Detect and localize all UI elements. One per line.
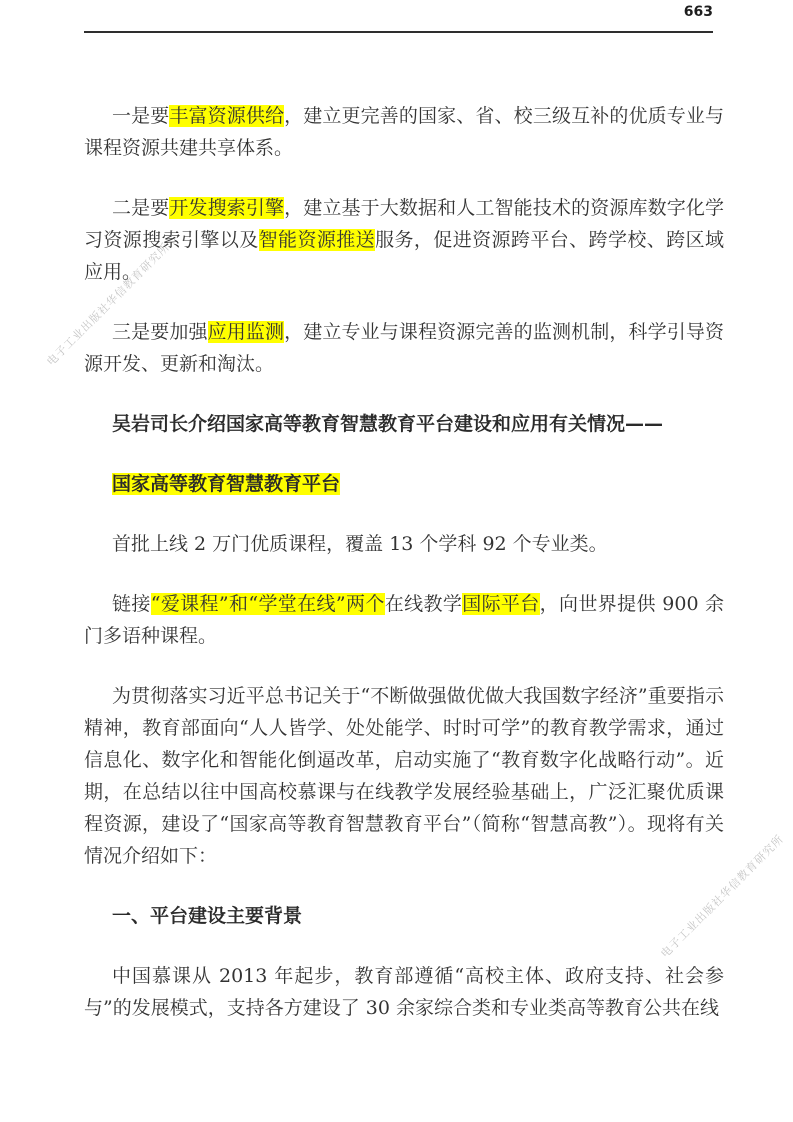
text-run: 一、平台建设主要背景 <box>112 905 302 927</box>
highlighted-text: “爱课程”和“学堂在线”两个 <box>151 593 385 615</box>
text-run: 二是要 <box>112 197 169 219</box>
paragraph-5: 国家高等教育智慧教育平台 <box>84 468 724 500</box>
highlighted-text: 国家高等教育智慧教育平台 <box>112 473 340 495</box>
text-run: 在线教学 <box>385 593 462 615</box>
paragraph-4: 吴岩司长介绍国家高等教育智慧教育平台建设和应用有关情况—— <box>84 408 724 440</box>
header-divider-rule <box>84 31 713 33</box>
text-run: 三是要加强 <box>112 321 208 343</box>
text-run: 中国慕课从 2013 年起步，教育部遵循“高校主体、政府支持、社会参与”的发展模… <box>84 965 724 1019</box>
paragraph-8: 为贯彻落实习近平总书记关于“不断做强做优做大我国数字经济”重要指示精神，教育部面… <box>84 680 724 872</box>
text-run: 一是要 <box>112 105 169 127</box>
paragraph-2: 二是要开发搜索引擎，建立基于大数据和人工智能技术的资源库数字化学习资源搜索引擎以… <box>84 192 724 288</box>
page-number: 663 <box>684 3 713 21</box>
text-run: 吴岩司长介绍国家高等教育智慧教育平台建设和应用有关情况—— <box>112 413 663 435</box>
paragraph-7: 链接“爱课程”和“学堂在线”两个在线教学国际平台，向世界提供 900 余门多语种… <box>84 588 724 652</box>
paragraph-1: 一是要丰富资源供给，建立更完善的国家、省、校三级互补的优质专业与课程资源共建共享… <box>84 100 724 164</box>
highlighted-text: 丰富资源供给 <box>169 105 284 127</box>
highlighted-text: 国际平台 <box>462 593 539 615</box>
highlighted-text: 智能资源推送 <box>259 229 375 251</box>
highlighted-text: 开发搜索引擎 <box>169 197 284 219</box>
highlighted-text: 应用监测 <box>208 321 285 343</box>
paragraph-10: 中国慕课从 2013 年起步，教育部遵循“高校主体、政府支持、社会参与”的发展模… <box>84 960 724 1024</box>
document-content: 一是要丰富资源供给，建立更完善的国家、省、校三级互补的优质专业与课程资源共建共享… <box>84 100 724 1052</box>
text-run: 首批上线 2 万门优质课程，覆盖 13 个学科 92 个专业类。 <box>112 533 608 555</box>
text-run: 链接 <box>112 593 151 615</box>
paragraph-3: 三是要加强应用监测，建立专业与课程资源完善的监测机制，科学引导资源开发、更新和淘… <box>84 316 724 380</box>
text-run: 为贯彻落实习近平总书记关于“不断做强做优做大我国数字经济”重要指示精神，教育部面… <box>84 685 724 867</box>
paragraph-6: 首批上线 2 万门优质课程，覆盖 13 个学科 92 个专业类。 <box>84 528 724 560</box>
document-page: { "page": { "number": "663", "watermark"… <box>0 0 793 1122</box>
paragraph-9: 一、平台建设主要背景 <box>84 900 724 932</box>
